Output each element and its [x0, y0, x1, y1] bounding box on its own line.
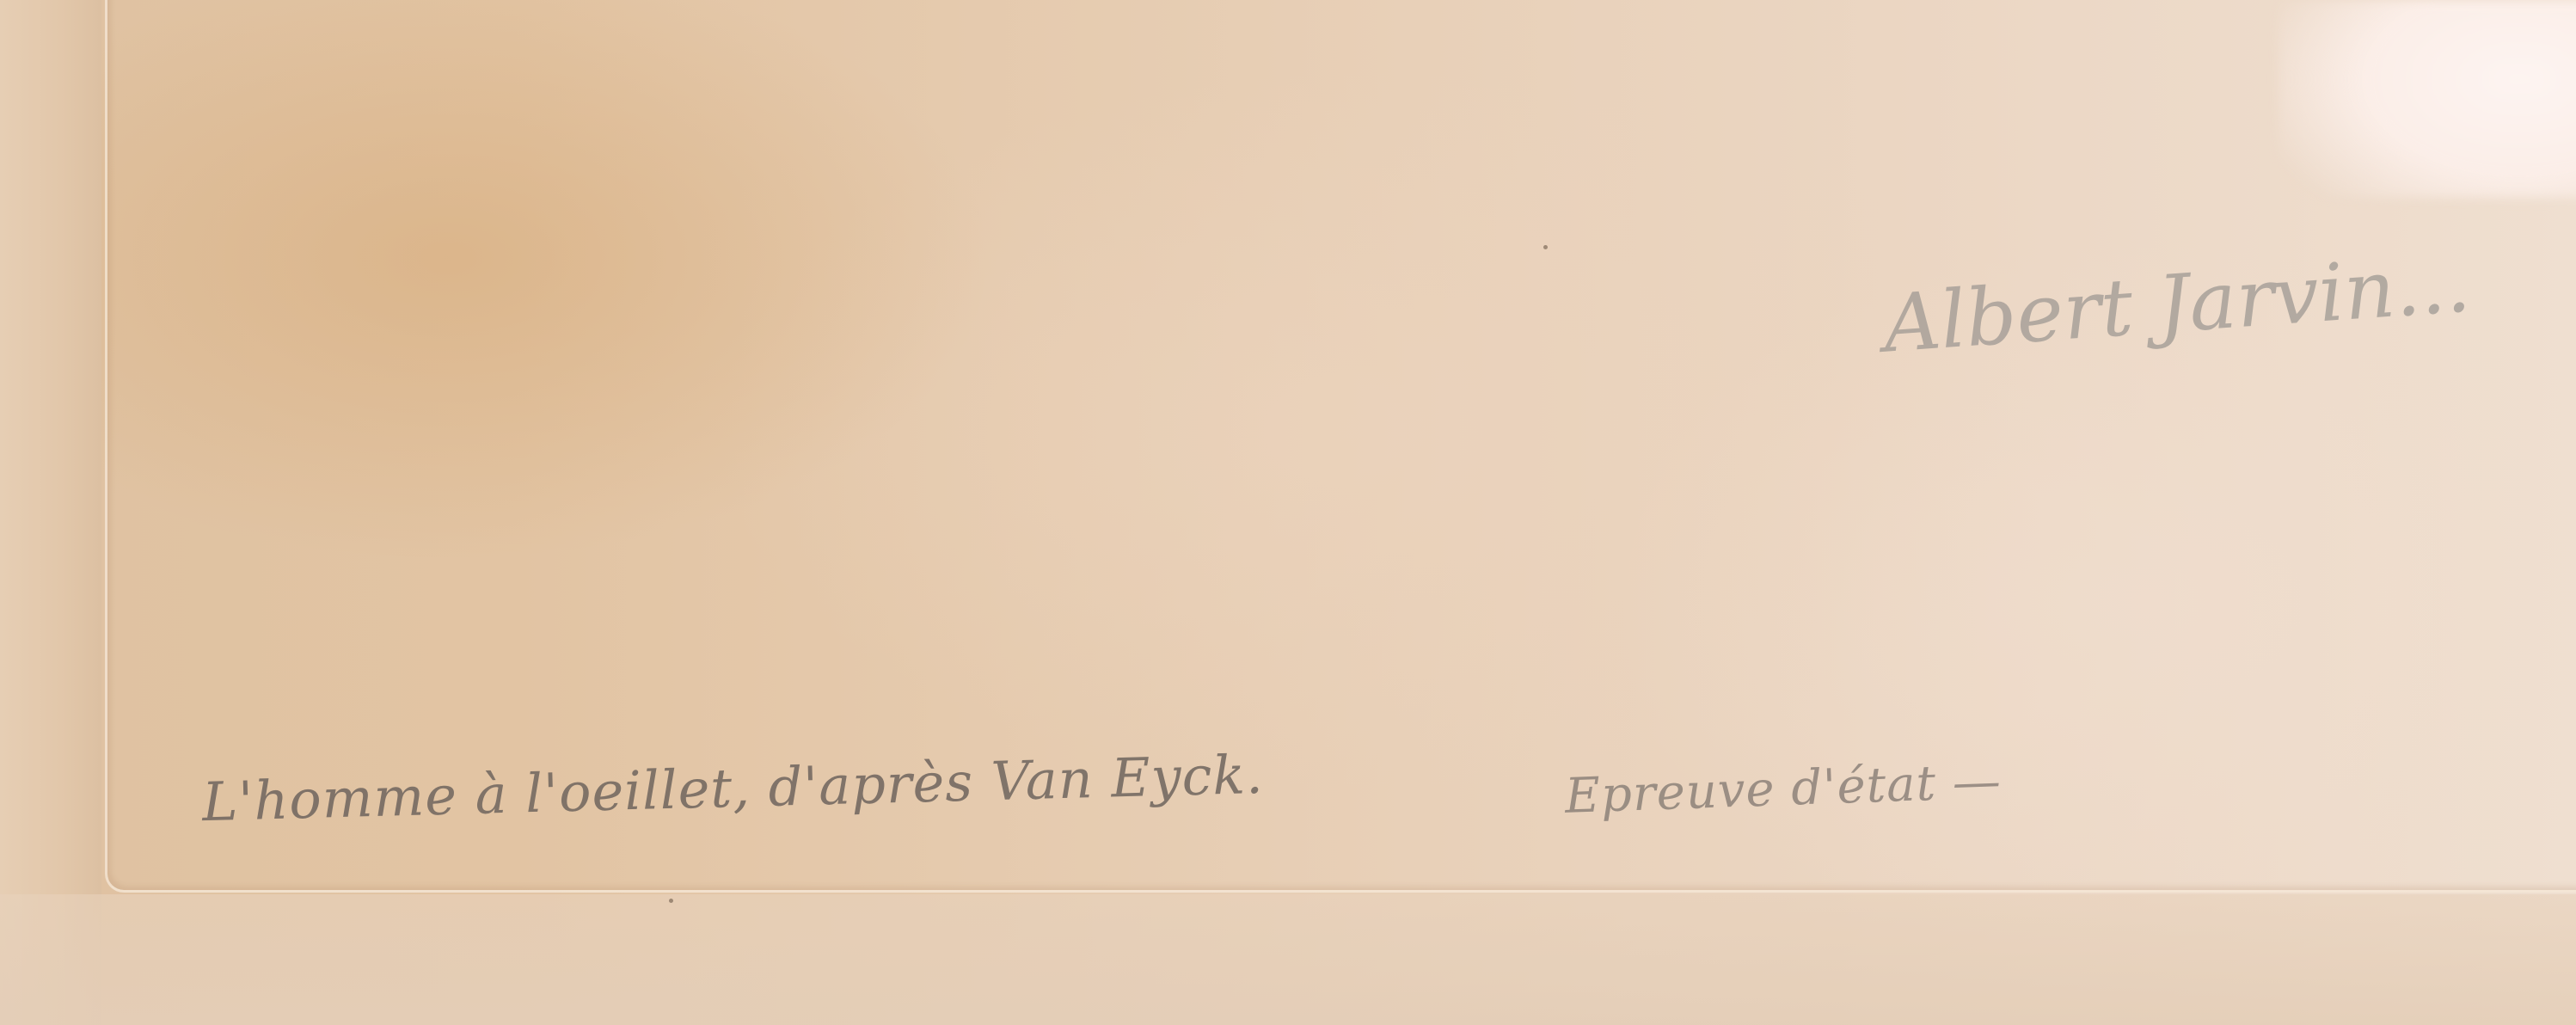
paper-speck [669, 899, 673, 903]
light-glare [2279, 0, 2576, 198]
paper-speck [1543, 245, 1548, 249]
left-margin [0, 0, 101, 1025]
plate-mark [105, 0, 2576, 893]
bottom-margin [0, 894, 2576, 1025]
